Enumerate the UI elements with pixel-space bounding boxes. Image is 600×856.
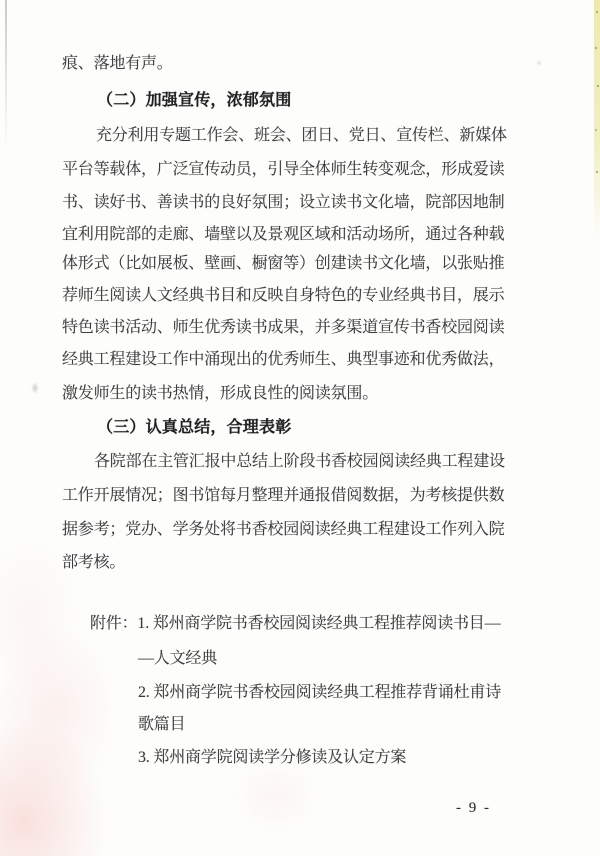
text-line: 宜利用院部的走廊、墙壁以及景观区域和活动场所，通过各种载 <box>62 225 504 245</box>
text-line: 激发师生的读书热情，形成良性的阅读氛围。 <box>62 384 378 404</box>
page-number: - 9 - <box>456 800 491 817</box>
section-heading: （二）加强宣传，浓郁氛围 <box>97 91 291 111</box>
scan-smudge-mark <box>31 382 39 394</box>
text-line: 部考核。 <box>62 553 125 573</box>
text-line: 平台等载体，广泛宣传动员，引导全体师生转变观念，形成爱读 <box>62 160 504 180</box>
scan-dot-mark <box>536 60 542 66</box>
text-line: 工作开展情况；图书馆每月整理并通报借阅数据，为考核提供数 <box>62 486 504 506</box>
left-scan-edge-line <box>5 0 7 150</box>
text-line: 各院部在主管汇报中总结上阶段书香校园阅读经典工程建设 <box>94 452 505 472</box>
text-line: 特色读书活动、师生优秀读书成果，并多渠道宣传书香校园阅读 <box>62 318 504 338</box>
text-line: 据参考；党办、学务处将书香校园阅读经典工程建设工作列入院 <box>62 520 504 540</box>
text-line: 荐师生阅读人文经典书目和反映自身特色的专业经典书目，展示 <box>62 286 504 306</box>
attachment-item: 2. 郑州商学院书香校园阅读经典工程推荐背诵杜甫诗 <box>138 683 501 703</box>
right-scan-edge-strip <box>594 0 600 240</box>
text-line: 痕、落地有声。 <box>62 54 173 74</box>
attachment-item-continuation: —人文经典 <box>138 649 217 669</box>
text-line: 经典工程建设工作中涌现出的优秀师生、典型事迹和优秀做法， <box>62 350 504 370</box>
attachments-label-line: 附件：1. 郑州商学院书香校园阅读经典工程推荐阅读书目— <box>90 614 500 634</box>
section-heading: （三）认真总结，合理表彰 <box>97 418 291 438</box>
text-line: 充分利用专题工作会、班会、团日、党日、宣传栏、新媒体 <box>96 126 507 146</box>
text-line: 书、读好书、善读书的良好氛围；设立读书文化墙，院部因地制 <box>62 193 504 213</box>
text-line: 体形式（比如展板、壁画、橱窗等）创建读书文化墙，以张贴推 <box>62 254 504 274</box>
scanned-document-page: { "document": { "lines": [ {"text": "痕、落… <box>0 0 600 856</box>
attachment-item-continuation: 歌篇目 <box>138 715 185 735</box>
attachment-item: 3. 郑州商学院阅读学分修读及认定方案 <box>138 748 406 768</box>
